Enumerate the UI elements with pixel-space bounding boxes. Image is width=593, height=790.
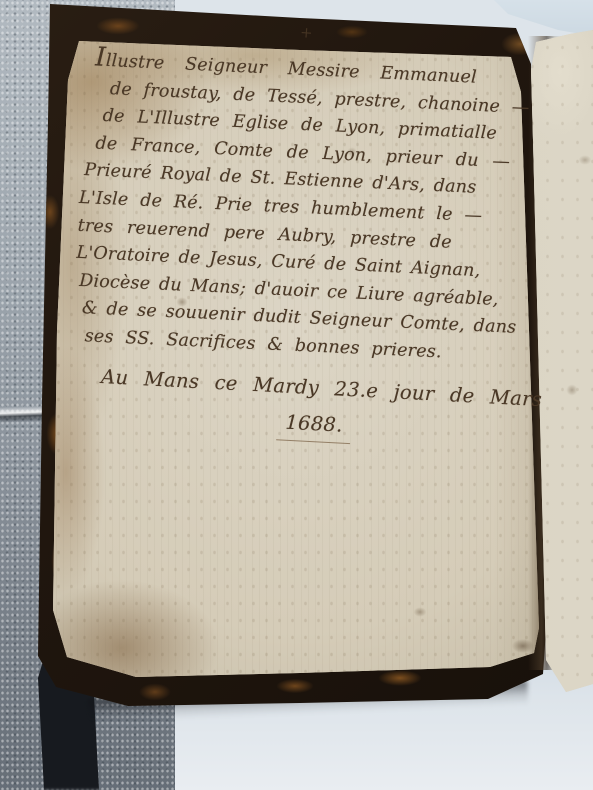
manuscript-year: 1688.: [276, 407, 351, 444]
ink-cross-mark: +: [299, 23, 324, 45]
photo-of-open-book: + Illustre Seigneur Messire Emmanuel de …: [0, 0, 593, 790]
manuscript-text: Illustre Seigneur Messire Emmanuel de fr…: [72, 44, 530, 370]
